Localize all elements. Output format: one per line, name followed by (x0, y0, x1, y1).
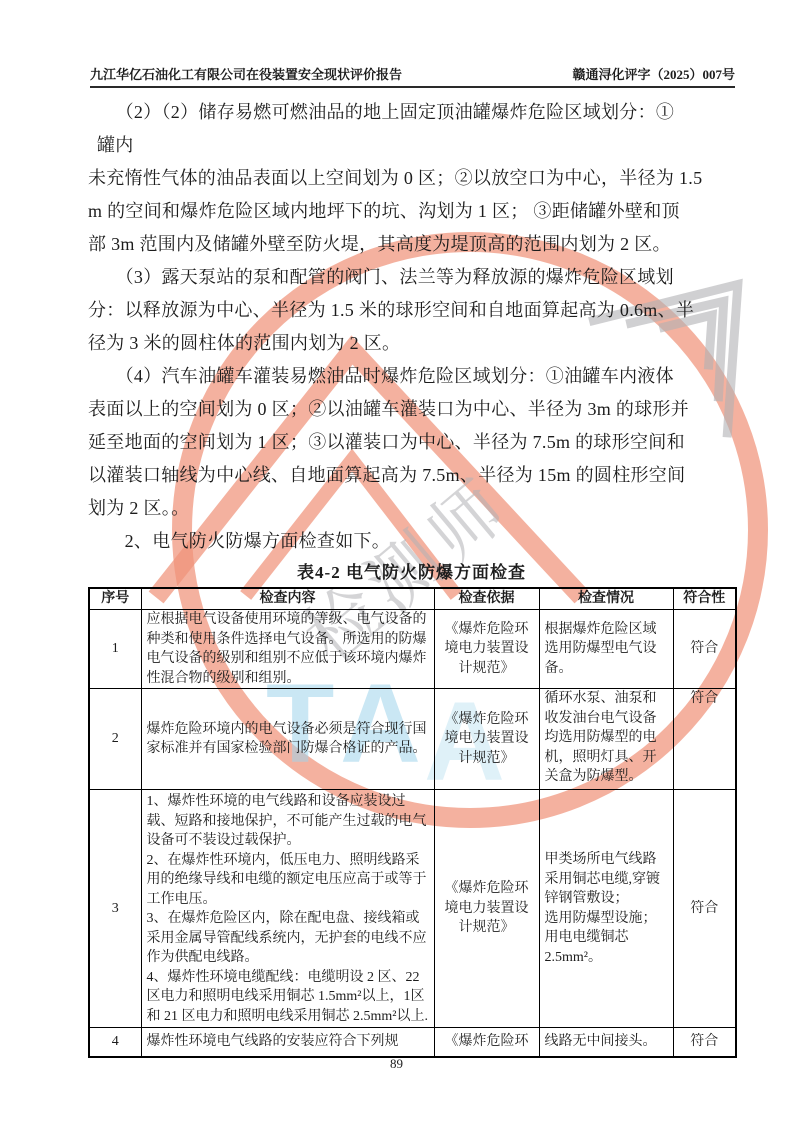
table-cell-compliance: 符合 (673, 1028, 736, 1058)
table-cell-no: 1 (89, 610, 141, 689)
table-cell-no: 3 (89, 790, 141, 1028)
table-cell-compliance: 符合 (673, 610, 736, 689)
body-line: m 的空间和爆炸危险区域内地坪下的坑、沟划为 1 区； ③距储罐外壁和顶 (88, 195, 735, 228)
table-cell-situation: 甲类场所电气线路采用铜芯电缆,穿镀锌钢管敷设； 选用防爆型设施； 用电电缆铜芯 … (539, 790, 673, 1028)
table-cell-situation: 根据爆炸危险区域选用防爆型电气设备。 (539, 610, 673, 689)
page-header: 九江华亿石油化工有限公司在役装置安全现状评价报告 赣通浔化评字（2025）007… (90, 64, 735, 88)
header-report-title: 九江华亿石油化工有限公司在役装置安全现状评价报告 (90, 64, 402, 83)
table-cell-no: 2 (89, 689, 141, 790)
paragraph: （2）（2）储存易燃可燃油品的地上固定顶油罐爆炸危险区域划分：①罐内未充惰性气体… (88, 96, 735, 261)
paragraph: （4）汽车油罐车灌装易燃油品时爆炸危险区域划分：①油罐车内液体表面以上的空间划为… (88, 360, 735, 525)
column-header: 序号 (89, 588, 141, 610)
table-row: 31、爆炸性环境的电气线路和设备应装设过载、短路和接地保护，不可能产生过载的电气… (89, 790, 736, 1028)
table-cell-basis: 《爆炸危险环境电力装置设计规范》 (434, 689, 539, 790)
column-header: 符合性 (673, 588, 736, 610)
body-line: 分：以释放源为中心、半径为 1.5 米的球形空间和自地面算起高为 0.6m、半 (88, 294, 735, 327)
column-header: 检查依据 (434, 588, 539, 610)
body-text: （2）（2）储存易燃可燃油品的地上固定顶油罐爆炸危险区域划分：①罐内未充惰性气体… (88, 96, 735, 558)
table-cell-content: 1、爆炸性环境的电气线路和设备应装设过载、短路和接地保护，不可能产生过载的电气设… (141, 790, 434, 1028)
body-line: （4）汽车油罐车灌装易燃油品时爆炸危险区域划分：①油罐车内液体 (88, 360, 735, 393)
table-title: 表4-2 电气防火防爆方面检查 (88, 560, 735, 586)
body-line: 2、电气防火防爆方面检查如下。 (88, 525, 735, 558)
body-line: （2）（2）储存易燃可燃油品的地上固定顶油罐爆炸危险区域划分：① (88, 96, 735, 129)
table-header-row: 序号检查内容检查依据检查情况符合性 (89, 588, 736, 610)
table-cell-content: 爆炸性环境电气线路的安装应符合下列规 (141, 1028, 434, 1058)
body-line: 表面以上的空间划为 0 区；②以油罐车灌装口为中心、半径为 3m 的球形并 (88, 393, 735, 426)
table-cell-situation: 循环水泵、油泵和收发油台电气设备均选用防爆型的电机，照明灯具、开关盒为防爆型。 (539, 689, 673, 790)
table-cell-basis: 《爆炸危险环境电力装置设计规范》 (434, 610, 539, 689)
table-cell-situation: 线路无中间接头。 (539, 1028, 673, 1058)
body-line: 部 3m 范围内及储罐外壁至防火堤，其高度为堤顶高的范围内划为 2 区。 (88, 228, 735, 261)
electrical-fireproof-check-table: 序号检查内容检查依据检查情况符合性 1应根据电气设备使用环境的等级、电气设备的种… (88, 587, 737, 1058)
paragraph: （3）露天泵站的泵和配管的阀门、法兰等为释放源的爆炸危险区域划分：以释放源为中心… (88, 261, 735, 360)
body-line: 划为 2 区。。 (88, 492, 735, 525)
page-content: （2）（2）储存易燃可燃油品的地上固定顶油罐爆炸危险区域划分：①罐内未充惰性气体… (88, 96, 735, 1058)
table-row: 4爆炸性环境电气线路的安装应符合下列规《爆炸危险环线路无中间接头。符合 (89, 1028, 736, 1058)
table-cell-basis: 《爆炸危险环境电力装置设计规范》 (434, 790, 539, 1028)
header-document-number: 赣通浔化评字（2025）007号 (572, 64, 735, 83)
table-cell-content: 爆炸危险环境内的电气设备必须是符合现行国家标准并有国家检验部门防爆合格证的产品。 (141, 689, 434, 790)
table-cell-compliance: 符合 (673, 790, 736, 1028)
table-row: 2爆炸危险环境内的电气设备必须是符合现行国家标准并有国家检验部门防爆合格证的产品… (89, 689, 736, 790)
table-cell-no: 4 (89, 1028, 141, 1058)
body-line: 径为 3 米的圆柱体的范围内划为 2 区。 (88, 327, 735, 360)
body-line: 罐内 (88, 129, 735, 162)
table-cell-basis: 《爆炸危险环 (434, 1028, 539, 1058)
body-line: 未充惰性气体的油品表面以上空间划为 0 区；②以放空口为中心，半径为 1.5 (88, 162, 735, 195)
body-line: （3）露天泵站的泵和配管的阀门、法兰等为释放源的爆炸危险区域划 (88, 261, 735, 294)
body-line: 延至地面的空间划为 1 区；③以灌装口为中心、半径为 7.5m 的球形空间和 (88, 426, 735, 459)
document-page: 检测师 T A A 九江华亿石油化工有限公司在役装置安全现状评价报告 赣通浔化评… (0, 0, 793, 1122)
page-number: 89 (390, 1056, 403, 1071)
body-line: 以灌装口轴线为中心线、自地面算起高为 7.5m、半径为 15m 的圆柱形空间 (88, 459, 735, 492)
table-cell-content: 应根据电气设备使用环境的等级、电气设备的种类和使用条件选择电气设备。所选用的防爆… (141, 610, 434, 689)
column-header: 检查内容 (141, 588, 434, 610)
table-cell-compliance: 符合 (673, 689, 736, 790)
paragraph: 2、电气防火防爆方面检查如下。 (88, 525, 735, 558)
page-footer: 89 (0, 1056, 793, 1072)
column-header: 检查情况 (539, 588, 673, 610)
table-row: 1应根据电气设备使用环境的等级、电气设备的种类和使用条件选择电气设备。所选用的防… (89, 610, 736, 689)
